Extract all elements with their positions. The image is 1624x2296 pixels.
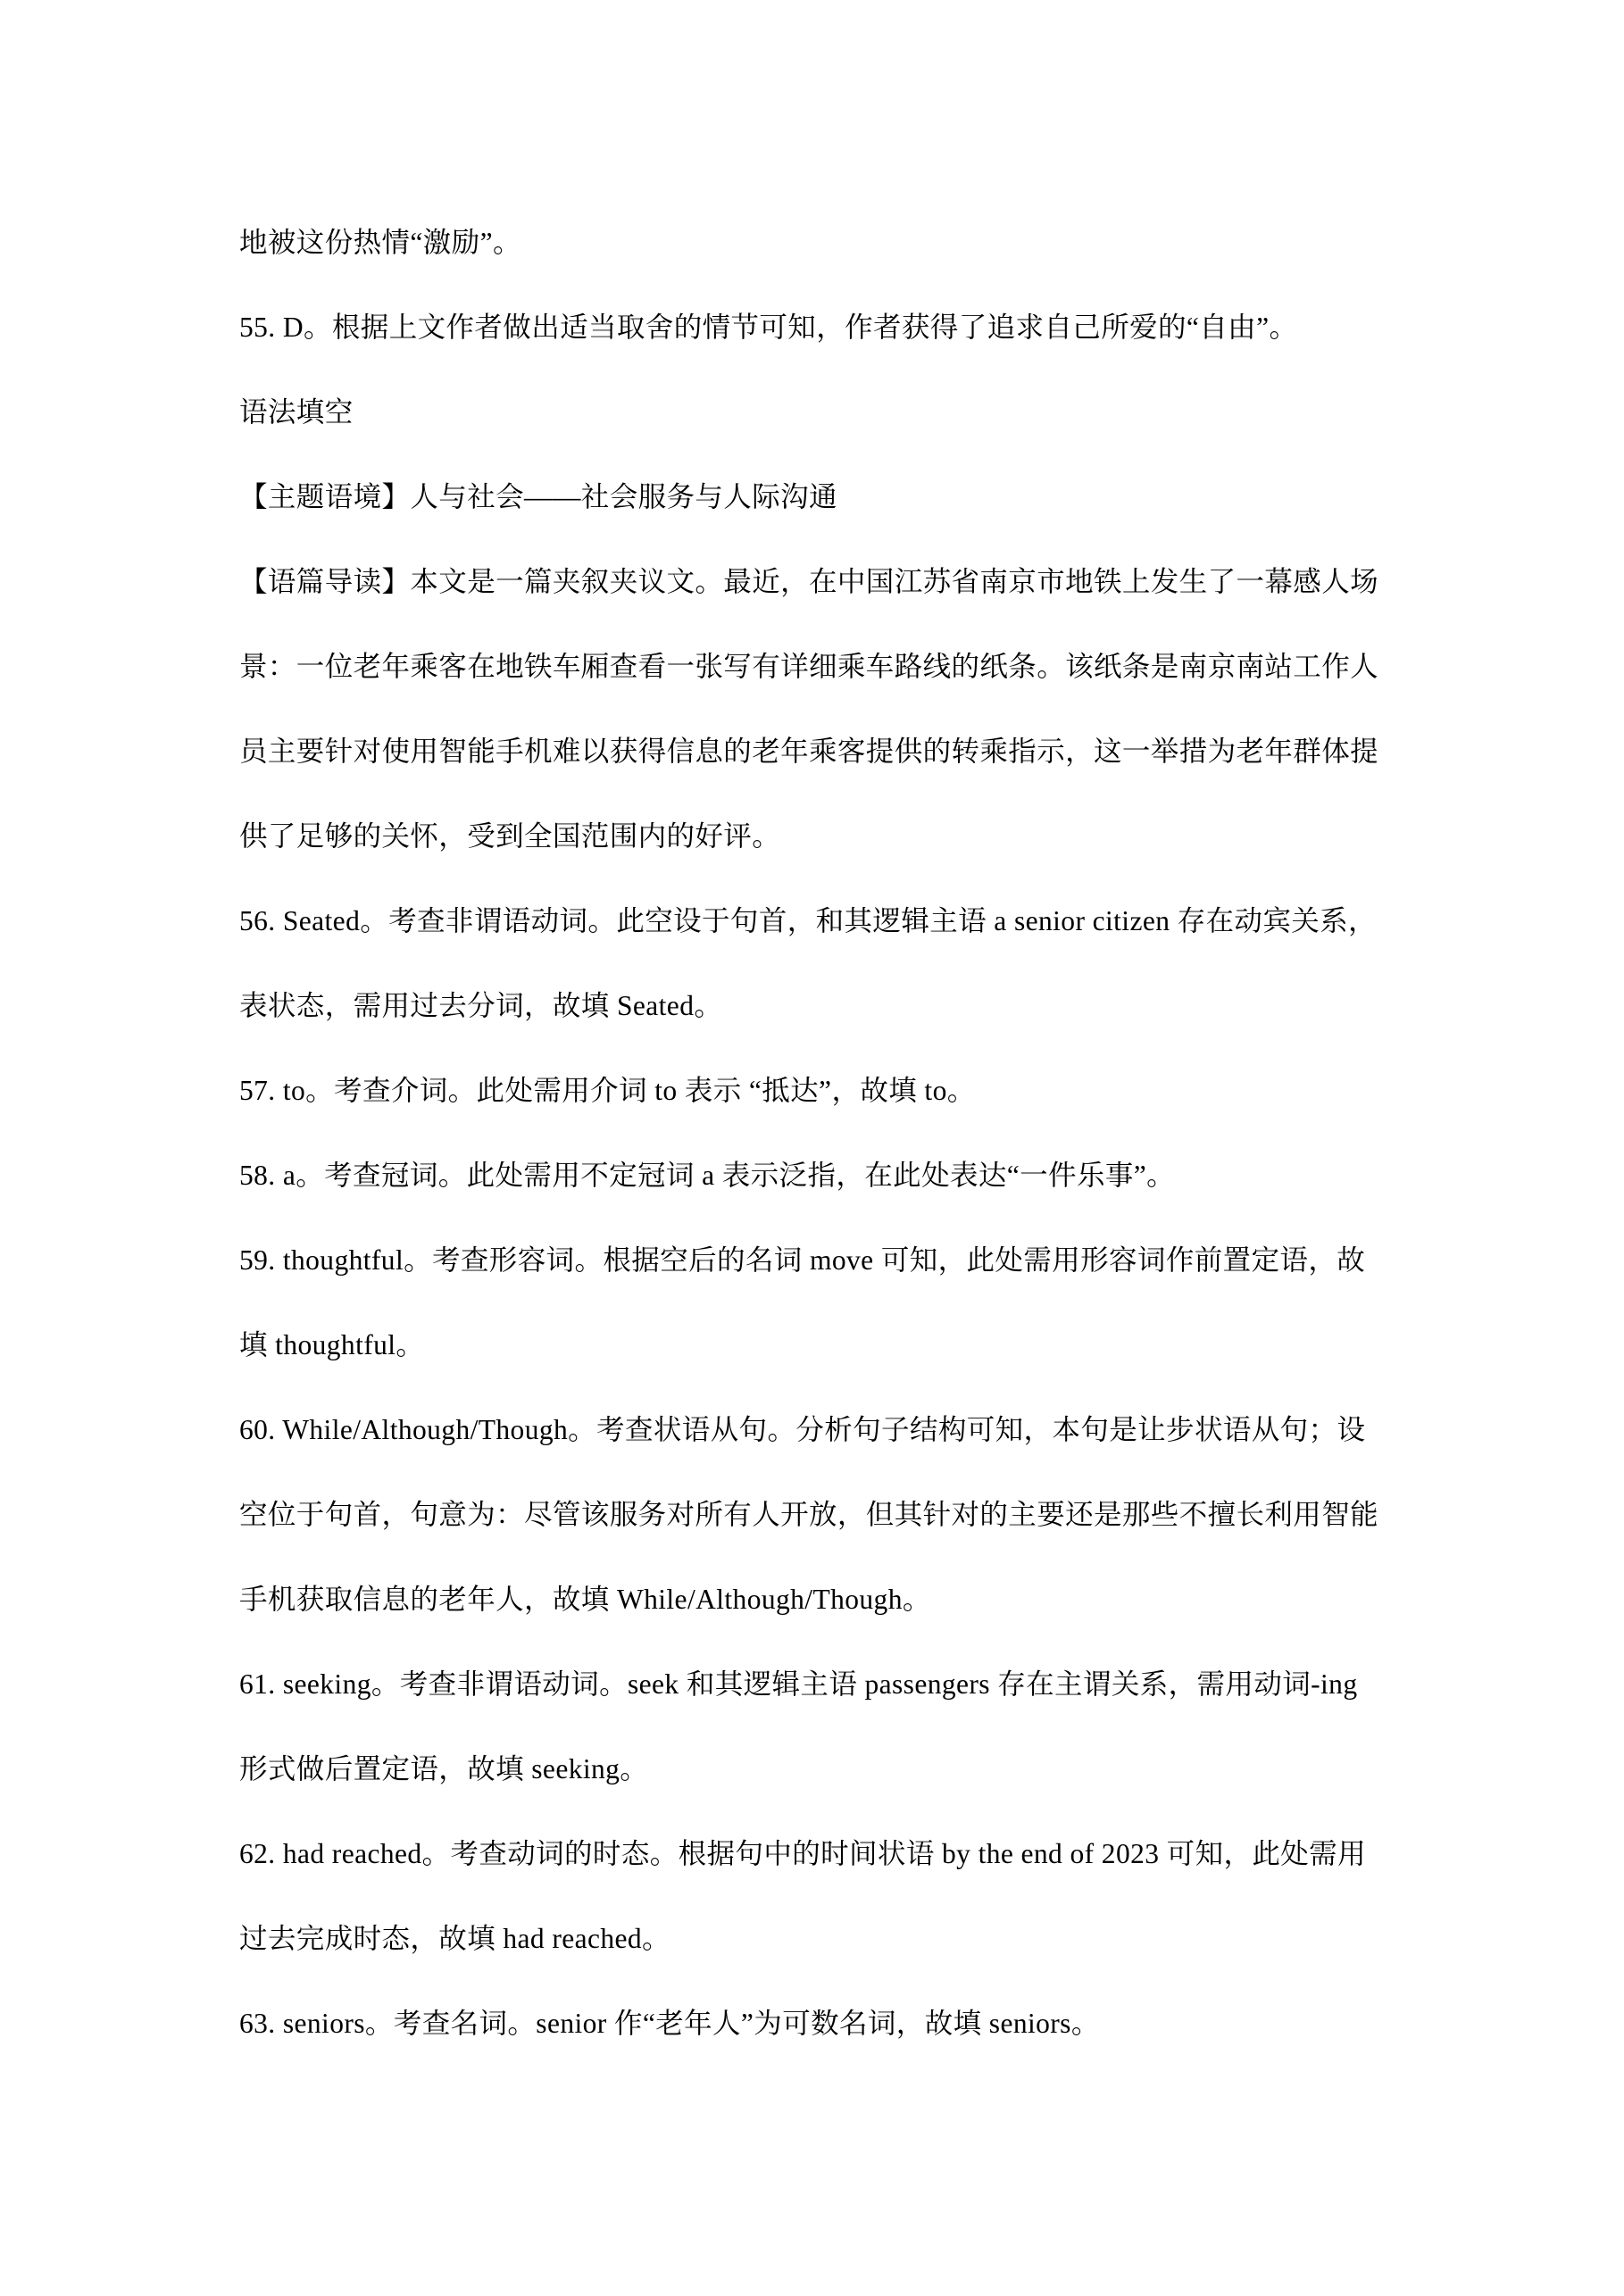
answer-line-56: 56. Seated。考查非谓语动词。此空设于句首，和其逻辑主语 a senio… [239,878,1401,963]
answer-line-57: 57. to。考查介词。此处需用介词 to 表示 “抵达”，故填 to。 [239,1048,1401,1133]
theme-context-line: 【主题语境】人与社会——社会服务与人际沟通 [239,454,1401,539]
text-line: 地被这份热情“激励”。 [239,200,1401,285]
answer-line-60: 60. While/Although/Though。考查状语从句。分析句子结构可… [239,1387,1401,1472]
answer-line-59: 59. thoughtful。考查形容词。根据空后的名词 move 可知，此处需… [239,1218,1401,1302]
text-line: 形式做后置定语，故填 seeking。 [239,1726,1401,1811]
text-line: 供了足够的关怀，受到全国范围内的好评。 [239,794,1401,878]
passage-intro-line: 【语篇导读】本文是一篇夹叙夹议文。最近，在中国江苏省南京市地铁上发生了一幕感人场 [239,539,1401,624]
text-line: 空位于句首，句意为：尽管该服务对所有人开放，但其针对的主要还是那些不擅长利用智能 [239,1472,1401,1557]
text-line: 员主要针对使用智能手机难以获得信息的老年乘客提供的转乘指示，这一举措为老年群体提 [239,709,1401,794]
answer-line-63: 63. seniors。考查名词。senior 作“老年人”为可数名词，故填 s… [239,1981,1401,2066]
answer-line-58: 58. a。考查冠词。此处需用不定冠词 a 表示泛指，在此处表达“一件乐事”。 [239,1133,1401,1218]
answer-line-62: 62. had reached。考查动词的时态。根据句中的时间状语 by the… [239,1811,1401,1896]
document-text-block: 地被这份热情“激励”。 55. D。根据上文作者做出适当取舍的情节可知，作者获得… [239,200,1401,2066]
text-line: 55. D。根据上文作者做出适当取舍的情节可知，作者获得了追求自己所爱的“自由”… [239,285,1401,370]
text-line: 手机获取信息的老年人，故填 While/Although/Though。 [239,1557,1401,1642]
answer-line-61: 61. seeking。考查非谓语动词。seek 和其逻辑主语 passenge… [239,1642,1401,1726]
section-heading-grammar-fill: 语法填空 [239,370,1401,454]
text-line: 景：一位老年乘客在地铁车厢查看一张写有详细乘车路线的纸条。该纸条是南京南站工作人 [239,624,1401,709]
text-line: 过去完成时态，故填 had reached。 [239,1896,1401,1981]
text-line: 表状态，需用过去分词，故填 Seated。 [239,963,1401,1048]
text-line: 填 thoughtful。 [239,1302,1401,1387]
document-page: 地被这份热情“激励”。 55. D。根据上文作者做出适当取舍的情节可知，作者获得… [0,0,1624,2296]
